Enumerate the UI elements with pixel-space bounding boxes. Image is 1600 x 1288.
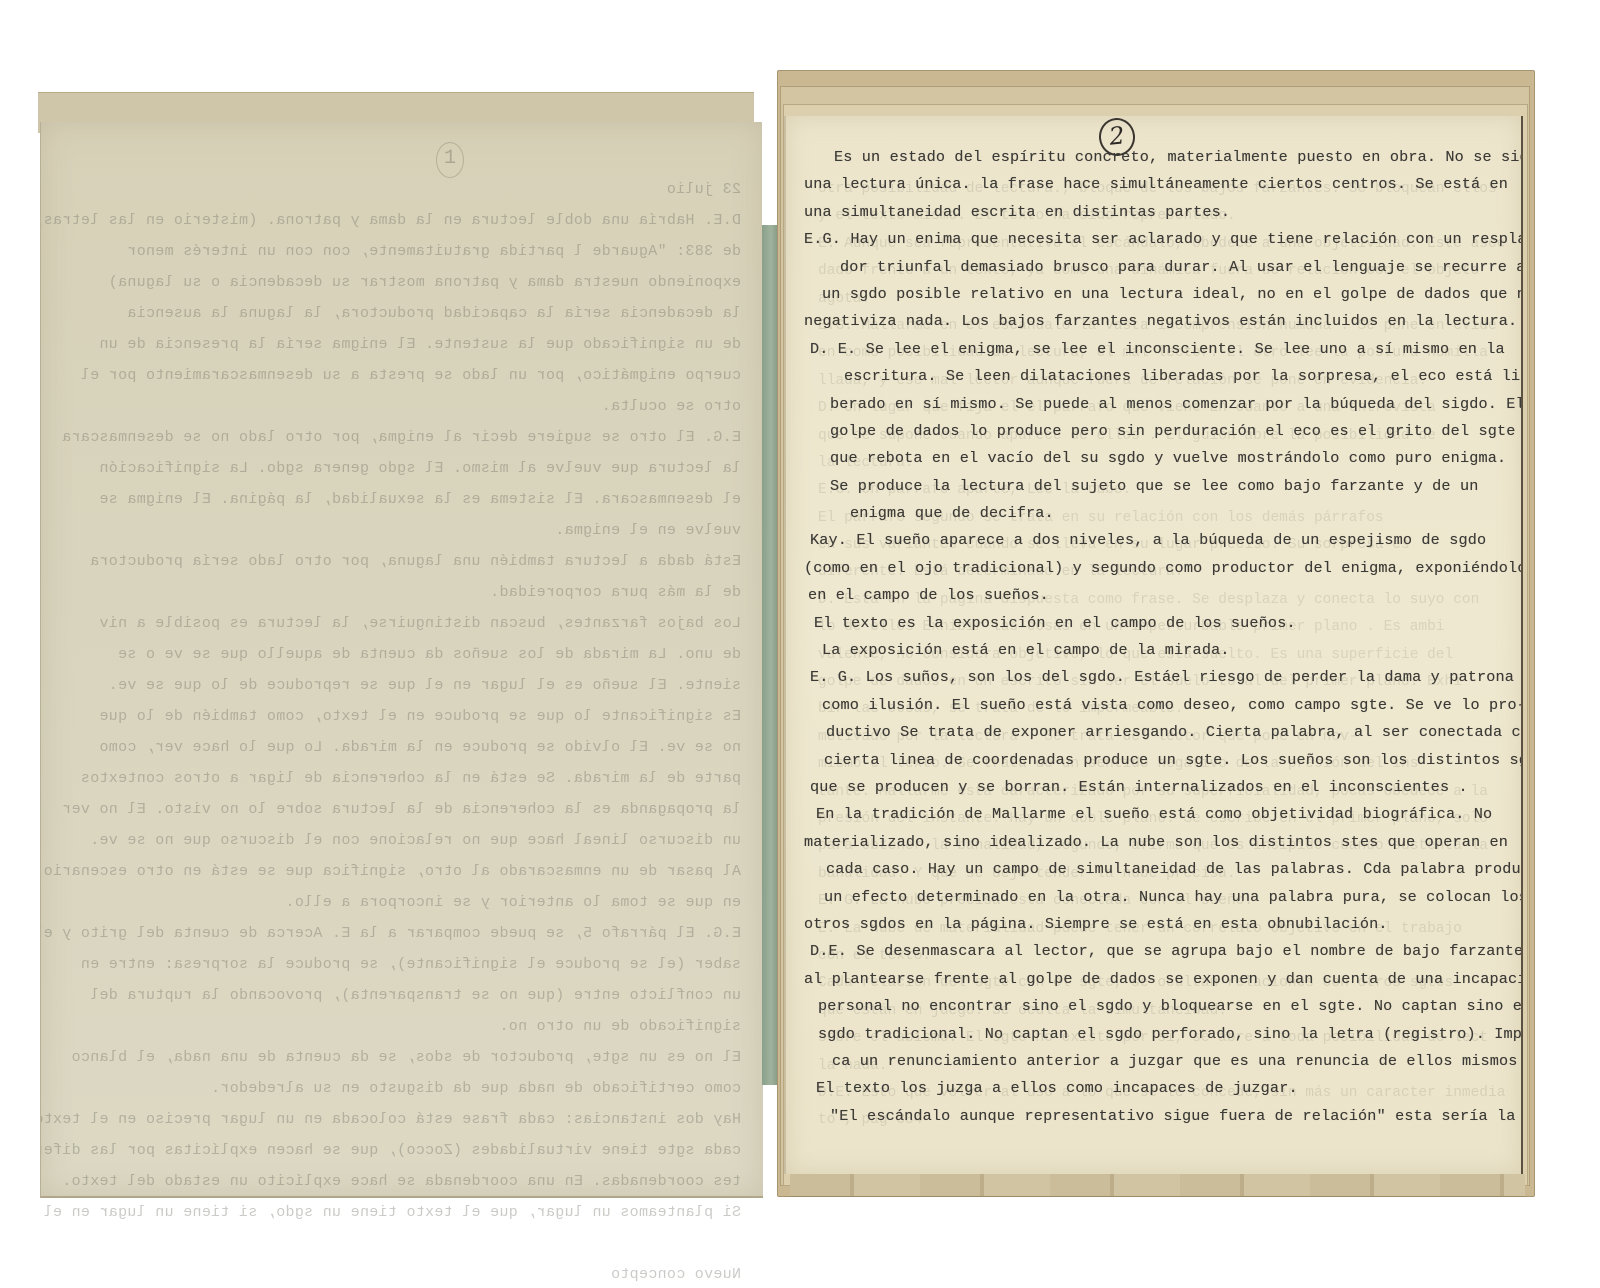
bleed-line: la decadencia sería la capacidad product… bbox=[41, 298, 763, 329]
bleed-line: la propaganda es la coherencia de la lec… bbox=[41, 794, 763, 825]
typed-line: E. G. Los suños, son los del sgdo. Estáe… bbox=[786, 664, 1521, 691]
bleed-line: tes coordenadas. En una coordenada se ha… bbox=[41, 1166, 763, 1197]
typed-line: un sgdo posible relativo en una lectura … bbox=[786, 281, 1521, 308]
bleed-line: Hay dos instancias: cada frase está colo… bbox=[41, 1104, 763, 1135]
typed-line: como ilusión. El sueño está vista como d… bbox=[786, 692, 1521, 719]
typed-line: otros sgdos en la página. Siempre se est… bbox=[786, 911, 1521, 938]
bleed-line: Si planteamos un lugar, que el texto tie… bbox=[41, 1197, 763, 1228]
typed-line: D. E. Se lee el enigma, se lee el incons… bbox=[786, 336, 1521, 363]
typed-line: D.E. Se desenmascara al lector, que se a… bbox=[786, 938, 1521, 965]
bleed-line: saber (el se produce el significante), s… bbox=[41, 949, 763, 980]
bleed-line: significado de un otro no. bbox=[41, 1011, 763, 1042]
bleed-line: otro se oculta. bbox=[41, 391, 763, 422]
bleed-line: la lectura que vuelve al mismo. El sgdo … bbox=[41, 453, 763, 484]
typed-line: materializado, sino idealizado. La nube … bbox=[786, 829, 1521, 856]
bleed-line: cuerpo enigmático, por un lado se presta… bbox=[41, 360, 763, 391]
bleed-line: El no es un sgte, productor de sdos, se … bbox=[41, 1042, 763, 1073]
bleed-line: 23 julio bbox=[41, 174, 763, 205]
bleed-line: el desenmascara. El sistema es la sexual… bbox=[41, 484, 763, 515]
bleed-line: E.G. El otro se sugiere decir al enigma,… bbox=[41, 422, 763, 453]
typed-line: una simultaneidad escrita en distintas p… bbox=[786, 199, 1521, 226]
typed-line: negativiza nada. Los bajos farzantes neg… bbox=[786, 308, 1521, 335]
bleed-line: de 383: "Aguarde l partida gratuitamente… bbox=[41, 236, 763, 267]
typed-line: que se producen y se borran. Están inter… bbox=[786, 774, 1521, 801]
bleed-through-text: 23 julioD.E. Habría una doble lectura en… bbox=[41, 174, 763, 1288]
typed-line: ductivo Se trata de exponer arriesgando.… bbox=[786, 719, 1521, 746]
typed-line: sgdo tradicional. No captan el sgdo perf… bbox=[786, 1021, 1521, 1048]
bleed-line: exponiendo nuestra dama y patrona mostra… bbox=[41, 267, 763, 298]
typed-line: en el campo de los sueños. bbox=[786, 582, 1521, 609]
bleed-line: no se ve. El olvido se produce en la mir… bbox=[41, 732, 763, 763]
bleed-line: Al pasar de un enmascarado al otro, sign… bbox=[41, 856, 763, 887]
typed-line: Se produce la lectura del sujeto que se … bbox=[786, 473, 1521, 500]
typed-line: E.G. Hay un enima que necesita ser aclar… bbox=[786, 226, 1521, 253]
typed-line: Es un estado del espíritu concreto, mate… bbox=[786, 144, 1521, 171]
left-page-verso: 1 23 julioD.E. Habría una doble lectura … bbox=[40, 122, 763, 1198]
typed-line: enigma que de decifra. bbox=[786, 500, 1521, 527]
bleed-line: Es significante lo que se produce en el … bbox=[41, 701, 763, 732]
bleed-line: vuelve en el enigma. bbox=[41, 515, 763, 546]
bleed-line: cada sgte tiene virtualidades (Zocco), q… bbox=[41, 1135, 763, 1166]
bleed-line: siente. El sueño es el lugar en el que s… bbox=[41, 670, 763, 701]
typewritten-text-body: Es un estado del espíritu concreto, mate… bbox=[786, 144, 1521, 1130]
bleed-line: parte de la mirada. Se está en la cohere… bbox=[41, 763, 763, 794]
typed-line: (como en el ojo tradicional) y segundo c… bbox=[786, 555, 1521, 582]
bleed-line bbox=[41, 1228, 763, 1259]
typed-line: "El escándalo aunque representativo sigu… bbox=[786, 1103, 1521, 1130]
typed-line: que rebota en el vacío del su sgdo y vue… bbox=[786, 445, 1521, 472]
bleed-line: en que se toma lo anterior y se incorpor… bbox=[41, 887, 763, 918]
typed-line: berado en sí mismo. Se puede al menos co… bbox=[786, 391, 1521, 418]
bleed-line: Nuevo concepto bbox=[41, 1259, 763, 1288]
typed-line: una lectura única. la frase hace simultá… bbox=[786, 171, 1521, 198]
typed-line: Kay. El sueño aparece a dos niveles, a l… bbox=[786, 527, 1521, 554]
typed-line: ca un renunciamiento anterior a juzgar q… bbox=[786, 1048, 1521, 1075]
typed-line: El texto es la exposición en el campo de… bbox=[786, 610, 1521, 637]
typed-line: dor triunfal demasiado brusco para durar… bbox=[786, 254, 1521, 281]
bleed-line: D.E. Habría una doble lectura en la dama… bbox=[41, 205, 763, 236]
bleed-line: un discurso lineal hace que no relacione… bbox=[41, 825, 763, 856]
typed-line: escritura. Se leen dilataciones liberada… bbox=[786, 363, 1521, 390]
bleed-line: de uno. La mirada de los sueños da cuent… bbox=[41, 639, 763, 670]
bleed-line: de la más pura corporeidad. bbox=[41, 577, 763, 608]
typed-line: En la tradición de Mallarme el sueño est… bbox=[786, 801, 1521, 828]
typed-line: un efecto determinado en la otra. Nunca … bbox=[786, 884, 1521, 911]
typed-line: cierta linea de coordenadas produce un s… bbox=[786, 747, 1521, 774]
left-page-number-circled: 1 bbox=[436, 142, 464, 178]
bleed-line: Está dada a lectura también una laguna, … bbox=[41, 546, 763, 577]
typed-line: El texto los juzga a ellos como incapace… bbox=[786, 1075, 1521, 1102]
bleed-line: de un significado que la sustente. El en… bbox=[41, 329, 763, 360]
typed-line: golpe de dados lo produce pero sin perdu… bbox=[786, 418, 1521, 445]
bleed-line: como certificado de nada que da disgusto… bbox=[41, 1073, 763, 1104]
bleed-line: E.G. El párrafo 5, se puede comparar a l… bbox=[41, 918, 763, 949]
stacked-page-edges bbox=[790, 1174, 1525, 1197]
typed-line: cada caso. Hay un campo de simultaneidad… bbox=[786, 856, 1521, 883]
typed-line: La exposición está en el campo de la mir… bbox=[786, 637, 1521, 664]
right-page-recto: otra posibilidad de lectura.; bloque de … bbox=[784, 116, 1523, 1174]
typed-line: al plantearse frente al golpe de dados s… bbox=[786, 966, 1521, 993]
bleed-line: un conflicto entre (que no se transparen… bbox=[41, 980, 763, 1011]
bleed-line: Los bajos farzantes, buscan distinguirse… bbox=[41, 608, 763, 639]
typed-line: personal no encontrar sino el sgdo y blo… bbox=[786, 993, 1521, 1020]
